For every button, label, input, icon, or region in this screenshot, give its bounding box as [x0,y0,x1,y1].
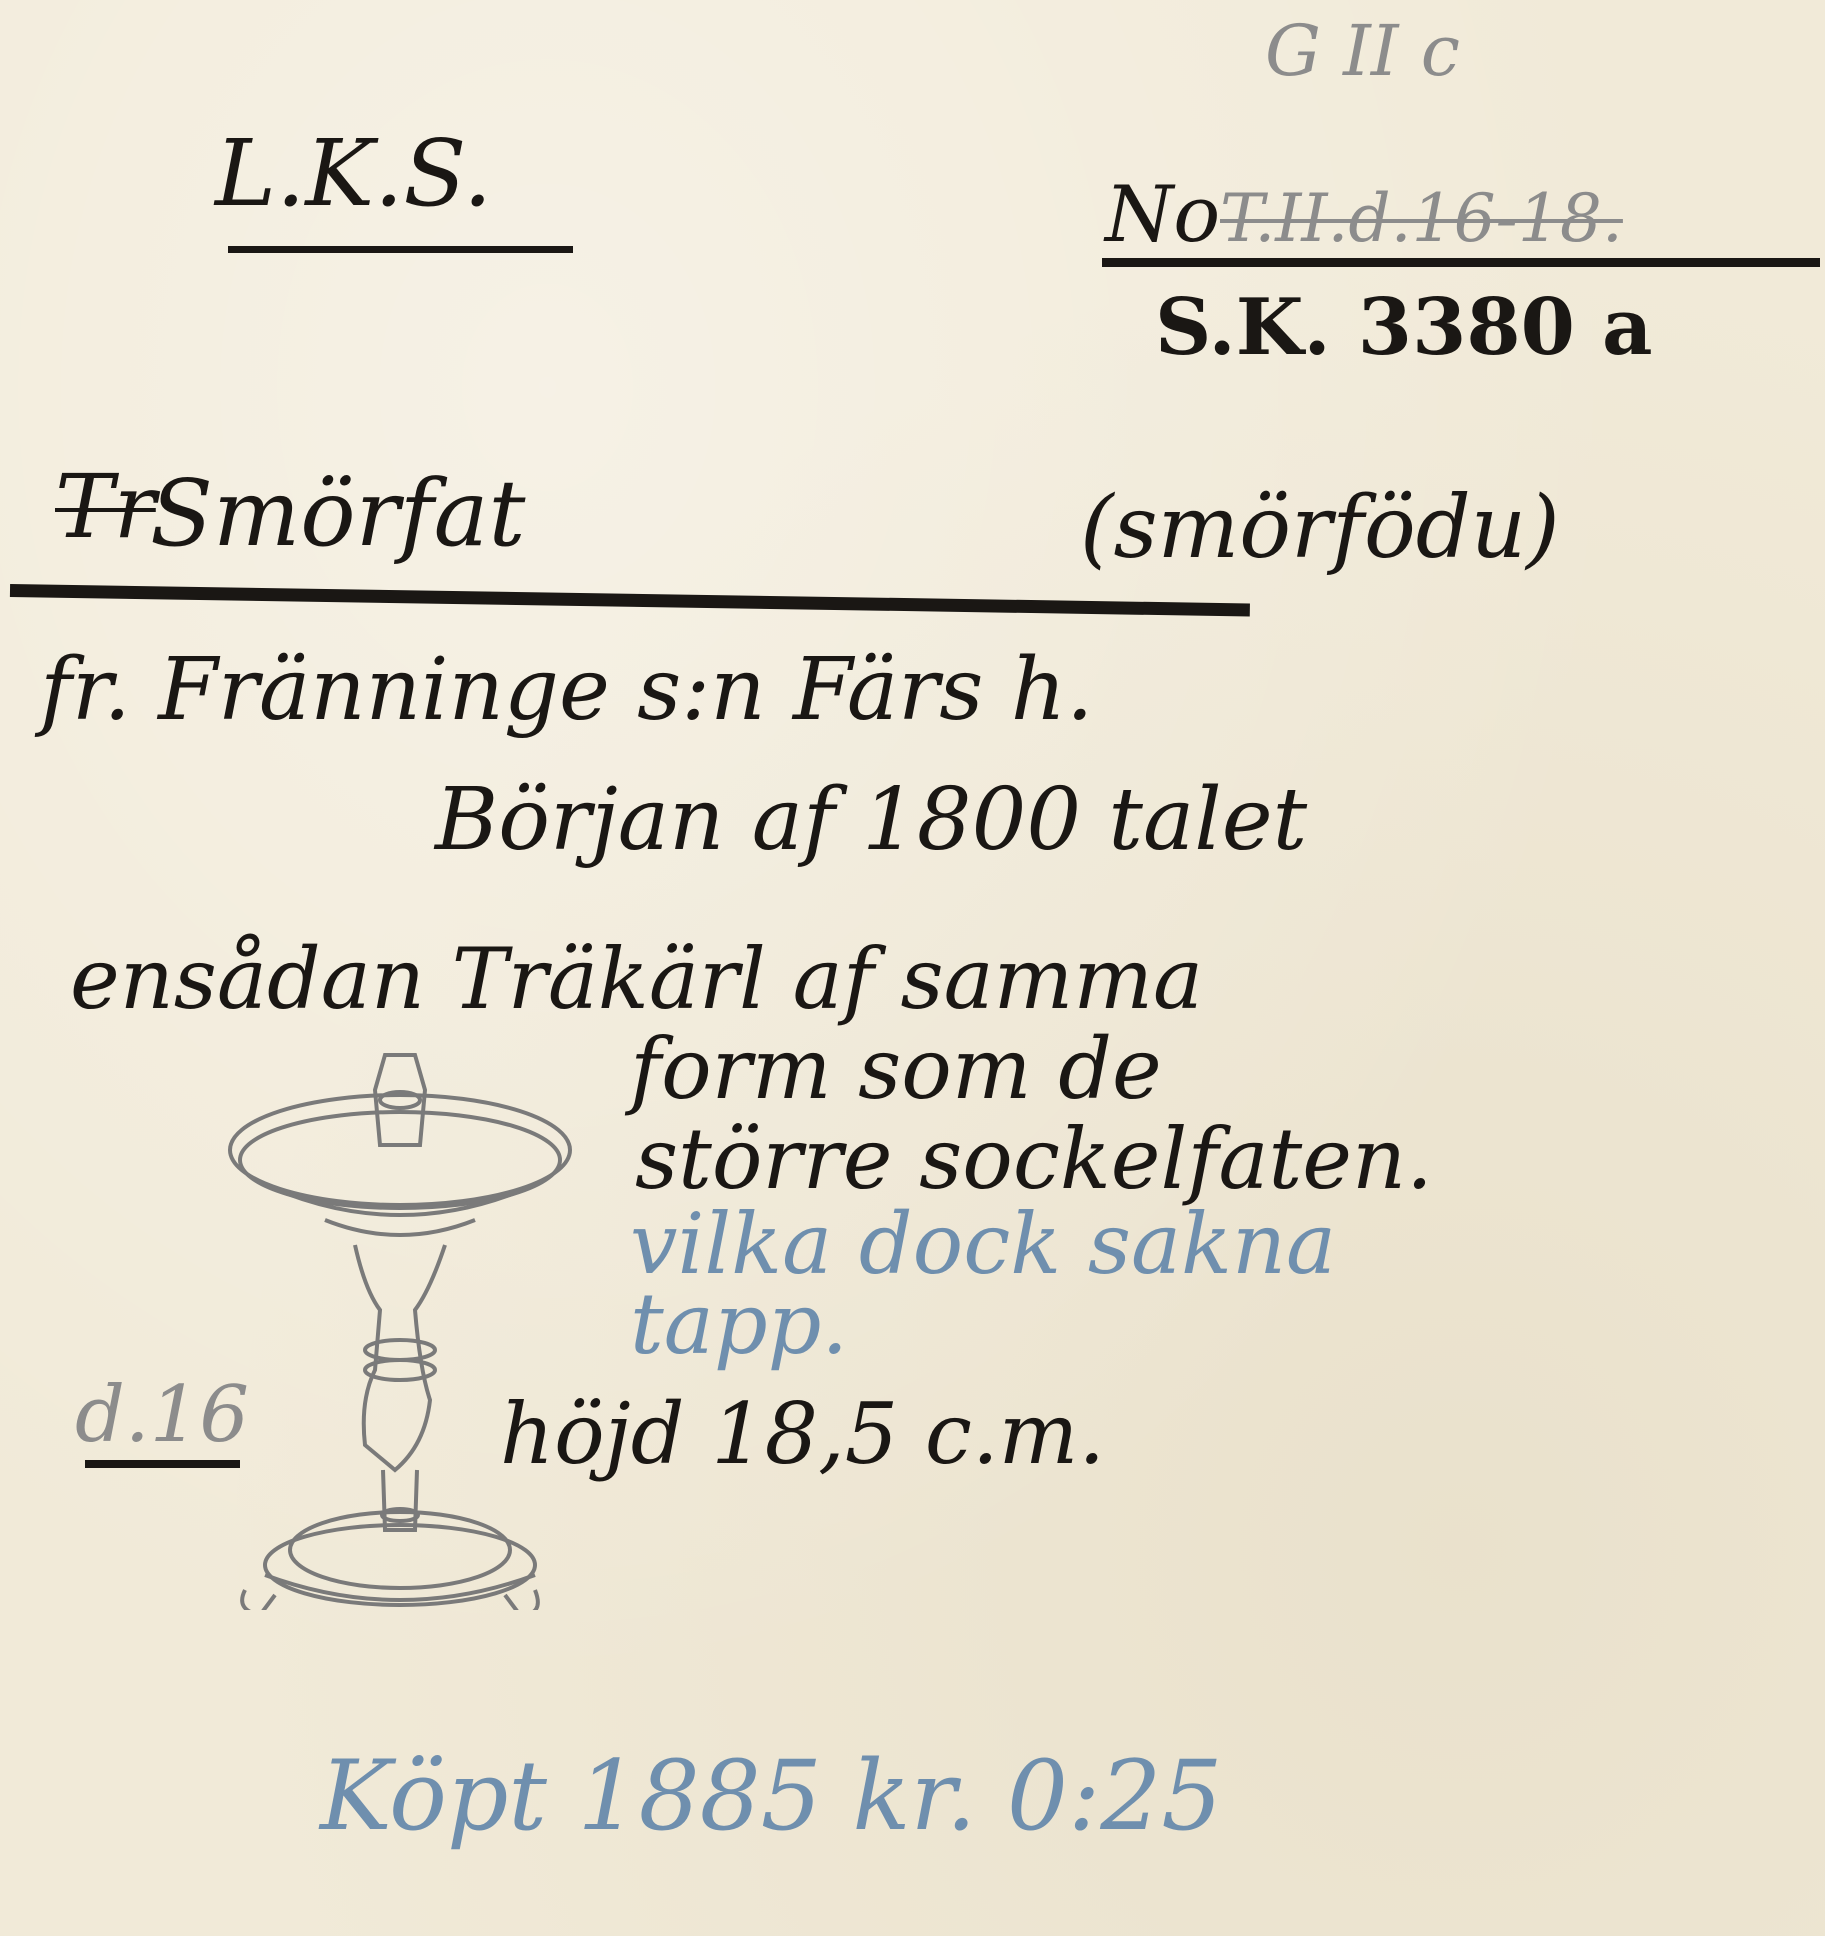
title-struck-prefix: Tr [55,455,156,558]
provenance: fr. Fränninge s:n Färs h. [40,640,1093,740]
acquisition-note: Köpt 1885 kr. 0:25 [320,1740,1222,1852]
number-underline [1102,258,1820,267]
collection-mark: L.K.S. [215,120,492,227]
description-line-1: ensådan Träkärl af samma [70,930,1203,1028]
description-line-5: tapp. [630,1275,848,1373]
collection-underline [228,246,573,253]
description-line-2: form som de [630,1020,1162,1118]
old-number-label: No [1105,170,1220,260]
catalogue-number: S.K. 3380 a [1155,282,1653,373]
butter-dish-sketch-icon [215,1050,595,1610]
classification-pencil: G II c [1265,10,1460,92]
dating: Början af 1800 talet [435,770,1307,870]
object-title-alt: (smörfödu) [1080,478,1560,578]
title-underline [10,584,1250,616]
object-title: Smörfat [150,460,526,567]
old-number-struck: T.II.d.16-18. [1220,180,1623,257]
description-line-3: större sockelfaten. [635,1110,1433,1208]
